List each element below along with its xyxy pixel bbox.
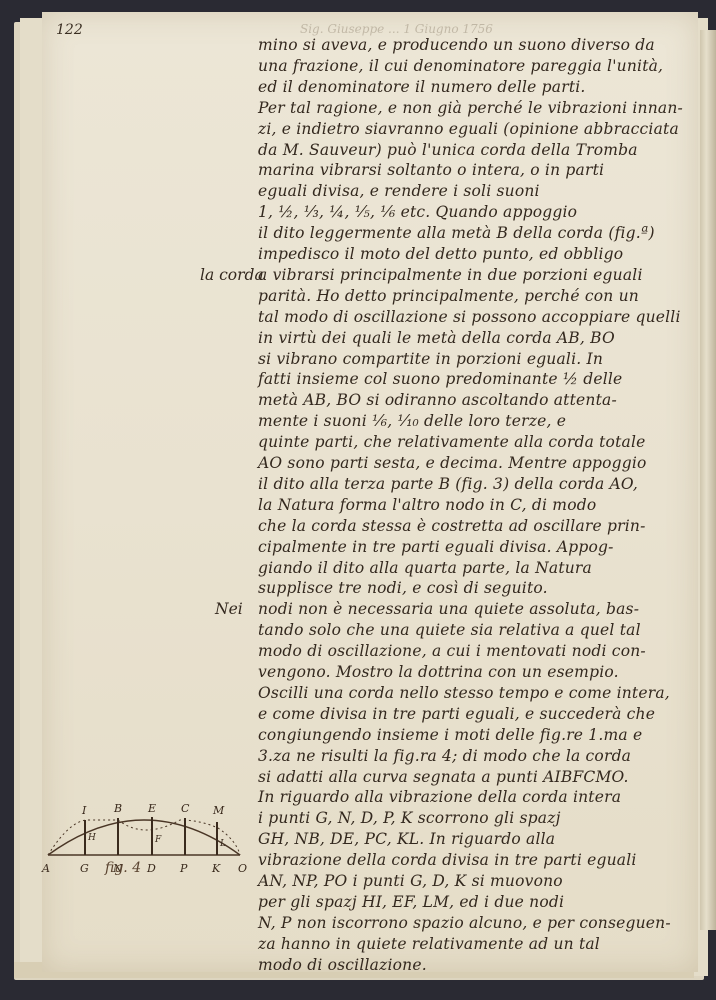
manuscript-line: quinte parti, che relativamente alla cor…: [258, 433, 646, 451]
svg-text:D: D: [146, 862, 156, 875]
manuscript-line: AN, NP, PO i punti G, D, K si muovono: [258, 872, 563, 890]
manuscript-line: zi, e indietro siavranno eguali (opinion…: [258, 120, 679, 138]
manuscript-line: 1, ½, ⅓, ¼, ⅕, ⅙ etc. Quando appoggio: [258, 203, 577, 221]
folio-number: 122: [56, 22, 83, 38]
svg-text:I: I: [81, 804, 87, 817]
manuscript-line: da M. Sauveur) può l'unica corda della T…: [258, 141, 638, 159]
svg-text:E: E: [147, 802, 156, 815]
svg-text:F: F: [154, 835, 162, 845]
figure-caption: fig. 4: [105, 860, 141, 876]
svg-text:P: P: [179, 862, 188, 875]
svg-text:G: G: [80, 862, 89, 875]
manuscript-line: modo di oscillazione, a cui i mentovati …: [258, 642, 646, 660]
figure-4-diagram: I B E C M H F L A G N D P K O: [40, 790, 250, 890]
manuscript-line: si vibrano compartite in porzioni eguali…: [258, 350, 603, 368]
manuscript-line: Per tal ragione, e non già perché le vib…: [258, 99, 683, 117]
manuscript-line: Oscilli una corda nello stesso tempo e c…: [258, 684, 670, 702]
manuscript-line: supplisce tre nodi, e così di seguito.: [258, 579, 548, 597]
manuscript-line: In riguardo alla vibrazione della corda …: [258, 788, 621, 806]
manuscript-line: in virtù dei quali le metà della corda A…: [258, 329, 615, 347]
manuscript-line: eguali divisa, e rendere i soli suoni: [258, 182, 540, 200]
manuscript-line: AO sono parti sesta, e decima. Mentre ap…: [258, 454, 647, 472]
manuscript-line: metà AB, BO si odiranno ascoltando atten…: [258, 391, 617, 409]
svg-text:H: H: [87, 833, 96, 843]
svg-text:L: L: [219, 839, 226, 849]
manuscript-line: congiungendo insieme i moti delle fig.re…: [258, 726, 642, 744]
manuscript-line: modo di oscillazione.: [258, 956, 427, 974]
manuscript-line: a vibrarsi principalmente in due porzion…: [258, 266, 643, 284]
svg-text:B: B: [113, 802, 122, 815]
manuscript-line: il dito alla terza parte B (fig. 3) dell…: [258, 475, 638, 493]
manuscript-line: per gli spazj HI, EF, LM, ed i due nodi: [258, 893, 564, 911]
margin-note: la corda: [200, 266, 264, 284]
manuscript-line: mino si aveva, e producendo un suono div…: [258, 36, 655, 54]
manuscript-line: impedisco il moto del detto punto, ed ob…: [258, 245, 623, 263]
margin-note: Nei: [215, 600, 243, 618]
manuscript-line: si adatti alla curva segnata a punti AIB…: [258, 768, 629, 786]
manuscript-line: e come divisa in tre parti eguali, e suc…: [258, 705, 655, 723]
manuscript-line: tando solo che una quiete sia relativa a…: [258, 621, 641, 639]
svg-text:A: A: [41, 862, 50, 875]
manuscript-line: parità. Ho detto principalmente, perché …: [258, 287, 639, 305]
manuscript-line: vibrazione della corda divisa in tre par…: [258, 851, 637, 869]
facing-page-edge: [700, 30, 716, 930]
manuscript-line: i punti G, N, D, P, K scorrono gli spazj: [258, 809, 561, 827]
manuscript-line: marina vibrarsi soltanto o intera, o in …: [258, 161, 604, 179]
manuscript-line: GH, NB, DE, PC, KL. In riguardo alla: [258, 830, 555, 848]
manuscript-line: vengono. Mostro la dottrina con un esemp…: [258, 663, 619, 681]
svg-text:K: K: [211, 862, 221, 875]
manuscript-line: giando il dito alla quarta parte, la Nat…: [258, 559, 592, 577]
manuscript-line: fatti insieme col suono predominante ½ d…: [258, 370, 622, 388]
manuscript-line: N, P non iscorrono spazio alcuno, e per …: [258, 914, 671, 932]
manuscript-line: mente i suoni ⅙, ⅒ delle loro terze, e: [258, 412, 566, 430]
svg-text:O: O: [238, 862, 247, 875]
manuscript-line: una frazione, il cui denominatore paregg…: [258, 57, 663, 75]
vibrating-string-diagram: I B E C M H F L A G N D P K O: [40, 790, 250, 890]
manuscript-line: la Natura forma l'altro nodo in C, di mo…: [258, 496, 596, 514]
manuscript-line: ed il denominatore il numero delle parti…: [258, 78, 586, 96]
manuscript-line: za hanno in quiete relativamente ad un t…: [258, 935, 600, 953]
svg-text:C: C: [181, 802, 190, 815]
manuscript-line: il dito leggermente alla metà B della co…: [258, 224, 655, 242]
manuscript-line: che la corda stessa è costretta ad oscil…: [258, 517, 646, 535]
manuscript-line: 3.za ne risulti la fig.ra 4; di modo che…: [258, 747, 631, 765]
manuscript-line: tal modo di oscillazione si possono acco…: [258, 308, 681, 326]
svg-text:M: M: [212, 804, 225, 817]
manuscript-line: cipalmente in tre parti eguali divisa. A…: [258, 538, 614, 556]
manuscript-line: nodi non è necessaria una quiete assolut…: [258, 600, 639, 618]
